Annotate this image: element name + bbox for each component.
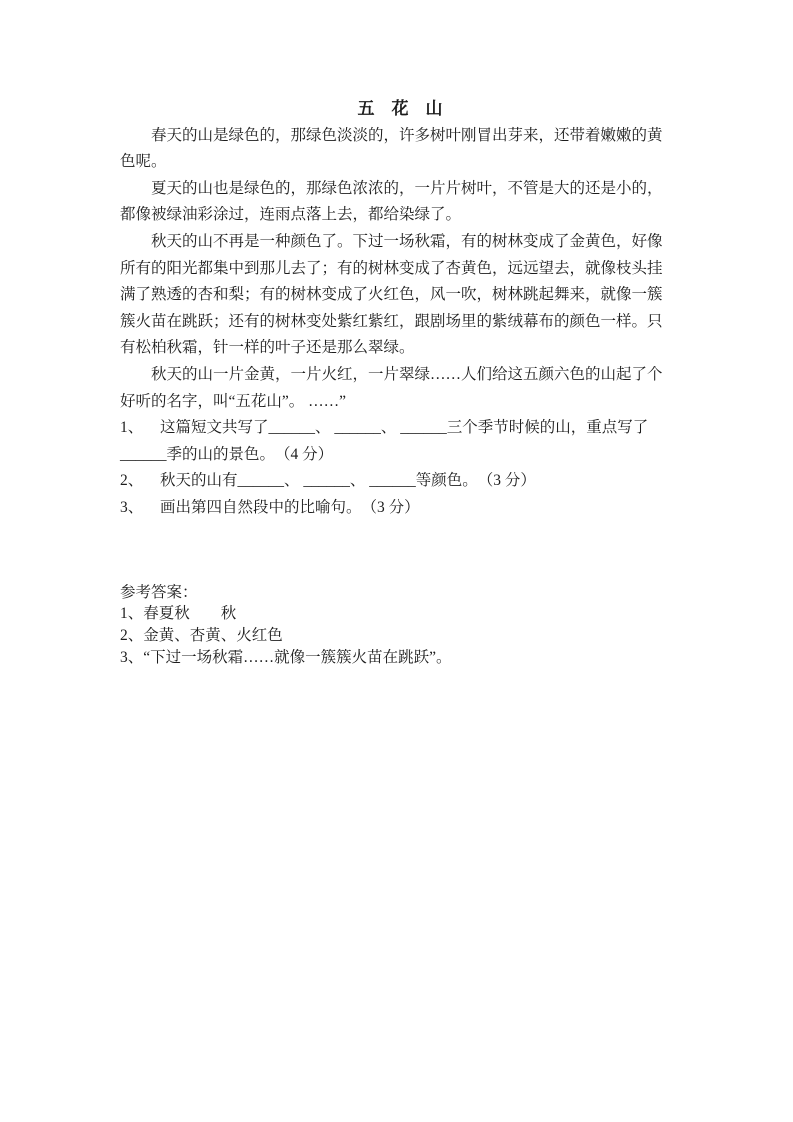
question-1-text: 这篇短文共写了______、 ______、 ______三个季节时候的山，重点…: [160, 419, 648, 436]
section-gap: [120, 522, 680, 582]
passage-p3-line1: 秋天的山不再是一种颜色了。下过一场秋霜，有的树林变成了金黄色，好像: [120, 229, 680, 256]
answers-list: 1、春夏秋 秋2、金黄、杏黄、火红色3、“下过一场秋霜……就像一簇簇火苗在跳跃”…: [120, 603, 680, 668]
answer-item-3: 3、“下过一场秋霜……就像一簇簇火苗在跳跃”。: [120, 647, 680, 669]
passage-p4-line1: 秋天的山一片金黄，一片火红，一片翠绿……人们给这五颜六色的山起了个: [120, 362, 680, 389]
passage-p1-line2: 色呢。: [120, 149, 680, 176]
passage-p1-line1: 春天的山是绿色的，那绿色淡淡的，许多树叶刚冒出芽来，还带着嫩嫩的黄: [120, 123, 680, 150]
question-3-text: 画出第四自然段中的比喻句。 （3 分）: [160, 499, 420, 516]
passage: 春天的山是绿色的，那绿色淡淡的，许多树叶刚冒出芽来，还带着嫩嫩的黄色呢。夏天的山…: [120, 123, 680, 416]
passage-p3-line3: 满了熟透的杏和梨；有的树林变成了火红色，风一吹，树林跳起舞来，就像一簇: [120, 282, 680, 309]
question-2: 2、秋天的山有______、 ______、 ______等颜色。 （3 分）: [120, 468, 680, 495]
document-body: 五 花 山 春天的山是绿色的，那绿色淡淡的，许多树叶刚冒出芽来，还带着嫩嫩的黄色…: [0, 0, 793, 668]
question-1: 1、这篇短文共写了______、 ______、 ______三个季节时候的山，…: [120, 415, 680, 442]
passage-p3-line2: 所有的阳光都集中到那儿去了；有的树林变成了杏黄色，远远望去，就像枝头挂: [120, 256, 680, 283]
page-title: 五 花 山: [120, 96, 680, 123]
passage-p4-line2: 好听的名字，叫“五花山”。 ……”: [120, 389, 680, 416]
answer-item-2: 2、金黄、杏黄、火红色: [120, 625, 680, 647]
passage-p2-line2: 都像被绿油彩涂过，连雨点落上去，都给染绿了。: [120, 202, 680, 229]
question-2-text: 秋天的山有______、 ______、 ______等颜色。 （3 分）: [160, 472, 536, 489]
answers-heading: 参考答案：: [120, 582, 680, 604]
question-3-number: 3、: [120, 495, 160, 522]
question-2-number: 2、: [120, 468, 160, 495]
question-1-continuation: ______季的山的景色。 （4 分）: [120, 442, 680, 469]
answer-item-1: 1、春夏秋 秋: [120, 603, 680, 625]
question-1-number: 1、: [120, 415, 160, 442]
passage-p2-line1: 夏天的山也是绿色的，那绿色浓浓的，一片片树叶，不管是大的还是小的，: [120, 176, 680, 203]
answers-section: 参考答案： 1、春夏秋 秋2、金黄、杏黄、火红色3、“下过一场秋霜……就像一簇簇…: [120, 582, 680, 669]
document-page: 五 花 山 春天的山是绿色的，那绿色淡淡的，许多树叶刚冒出芽来，还带着嫩嫩的黄色…: [0, 0, 793, 1122]
passage-p3-line5: 有松柏秋霜，针一样的叶子还是那么翠绿。: [120, 335, 680, 362]
passage-p3-line4: 簇火苗在跳跃；还有的树林变处紫红紫红，跟剧场里的紫绒幕布的颜色一样。只: [120, 309, 680, 336]
question-3: 3、画出第四自然段中的比喻句。 （3 分）: [120, 495, 680, 522]
questions-section: 1、这篇短文共写了______、 ______、 ______三个季节时候的山，…: [120, 415, 680, 521]
